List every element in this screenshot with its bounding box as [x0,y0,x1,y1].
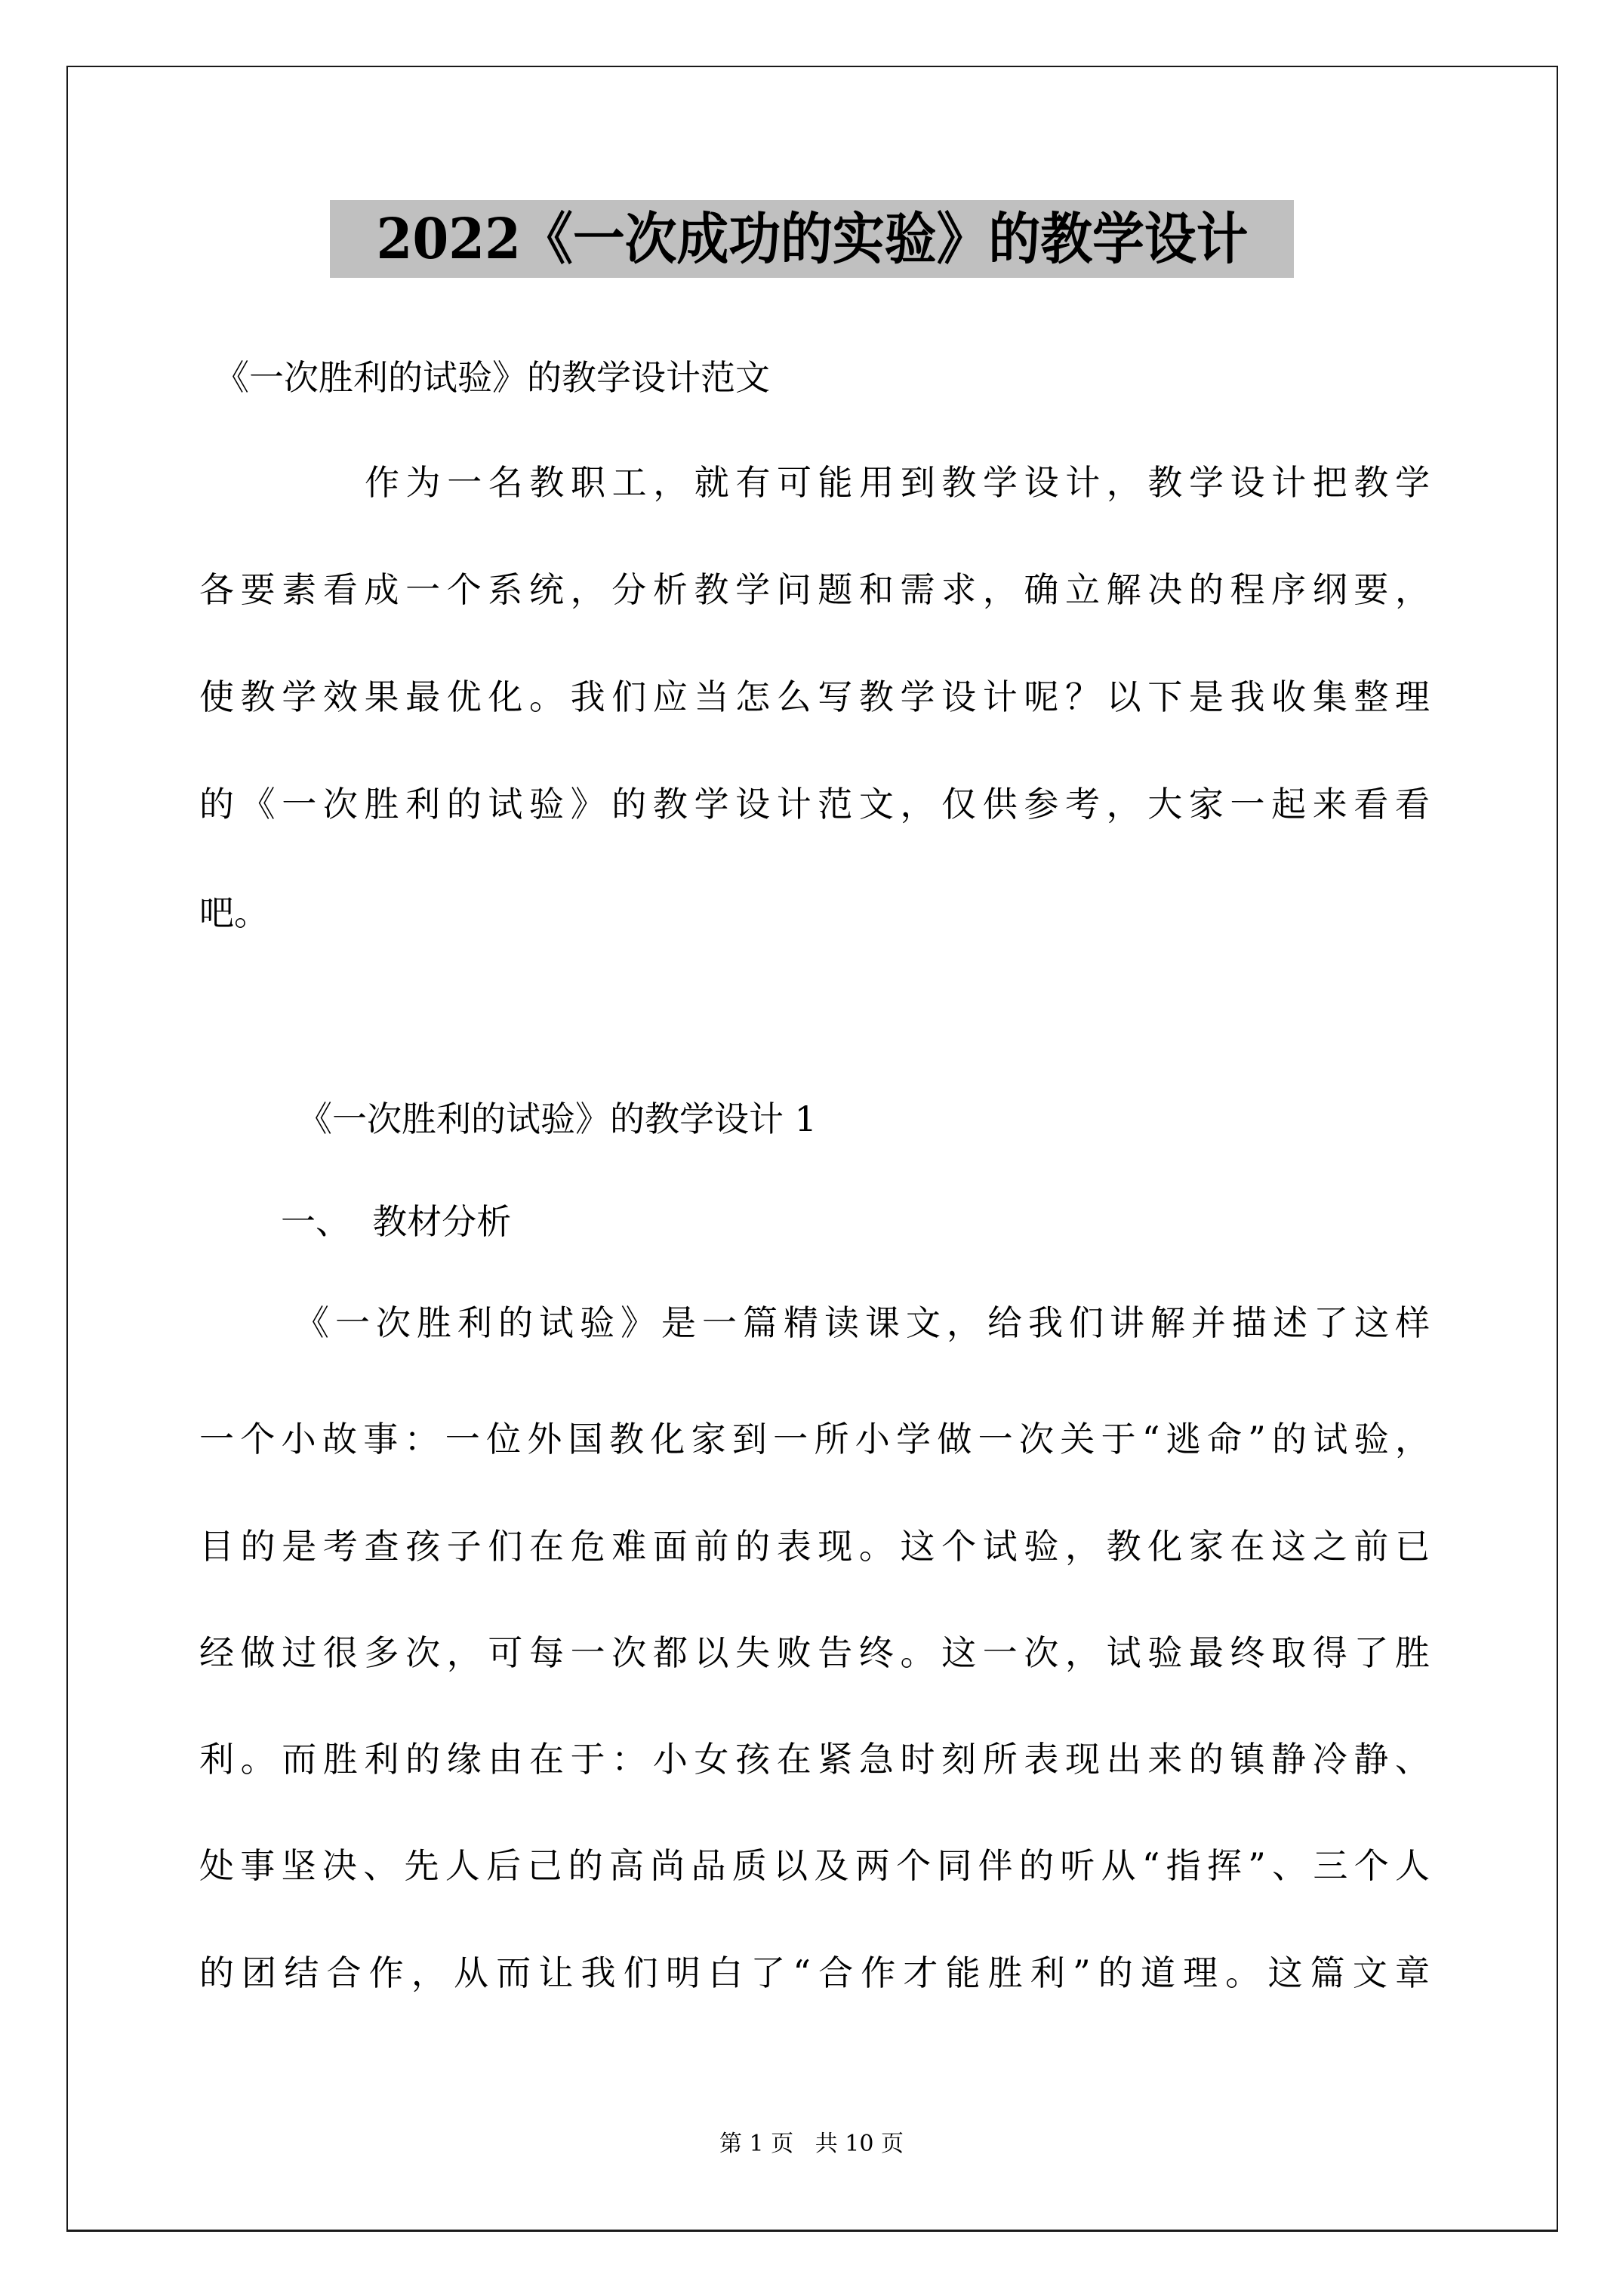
document-subtitle: 《一次胜利的试验》的教学设计范文 [214,358,770,397]
intro-line-2: 各要素看成一个系统，分析教学问题和需求，确立解决的程序纲要， [199,570,1430,609]
body-line-2: 一个小故事：一位外国教化家到一所小学做一次关于“逃命”的试验， [199,1419,1430,1459]
body-line-6: 处事坚决、先人后己的高尚品质以及两个同伴的听从“指挥”、三个人 [199,1846,1430,1885]
section-title: 《一次胜利的试验》的教学设计 1 [297,1099,817,1139]
body-line-7: 的团结合作，从而让我们明白了“合作才能胜利”的道理。这篇文章 [199,1953,1430,1992]
body-line-1: 《一次胜利的试验》是一篇精读课文，给我们讲解并描述了这样 [294,1303,1430,1342]
body-line-4: 经做过很多次，可每一次都以失败告终。这一次，试验最终取得了胜 [199,1633,1430,1672]
document-title: 2022《一次成功的实验》的教学设计 [376,211,1248,267]
title-highlight: 2022《一次成功的实验》的教学设计 [330,200,1294,278]
intro-line-4: 的《一次胜利的试验》的教学设计范文，仅供参考，大家一起来看看 [199,784,1430,824]
intro-line-3: 使教学效果最优化。我们应当怎么写教学设计呢？以下是我收集整理 [199,677,1430,717]
body-line-5: 利。而胜利的缘由在于：小女孩在紧急时刻所表现出来的镇静冷静、 [199,1740,1430,1779]
body-line-3: 目的是考查孩子们在危难面前的表现。这个试验，教化家在这之前已 [199,1527,1430,1566]
section-heading: 一、 教材分析 [281,1202,511,1241]
intro-line-1: 作为一名教职工，就有可能用到教学设计，教学设计把教学 [365,463,1430,502]
page-footer: 第 1 页 共 10 页 [0,2131,1623,2158]
intro-line-5: 吧。 [199,893,269,932]
